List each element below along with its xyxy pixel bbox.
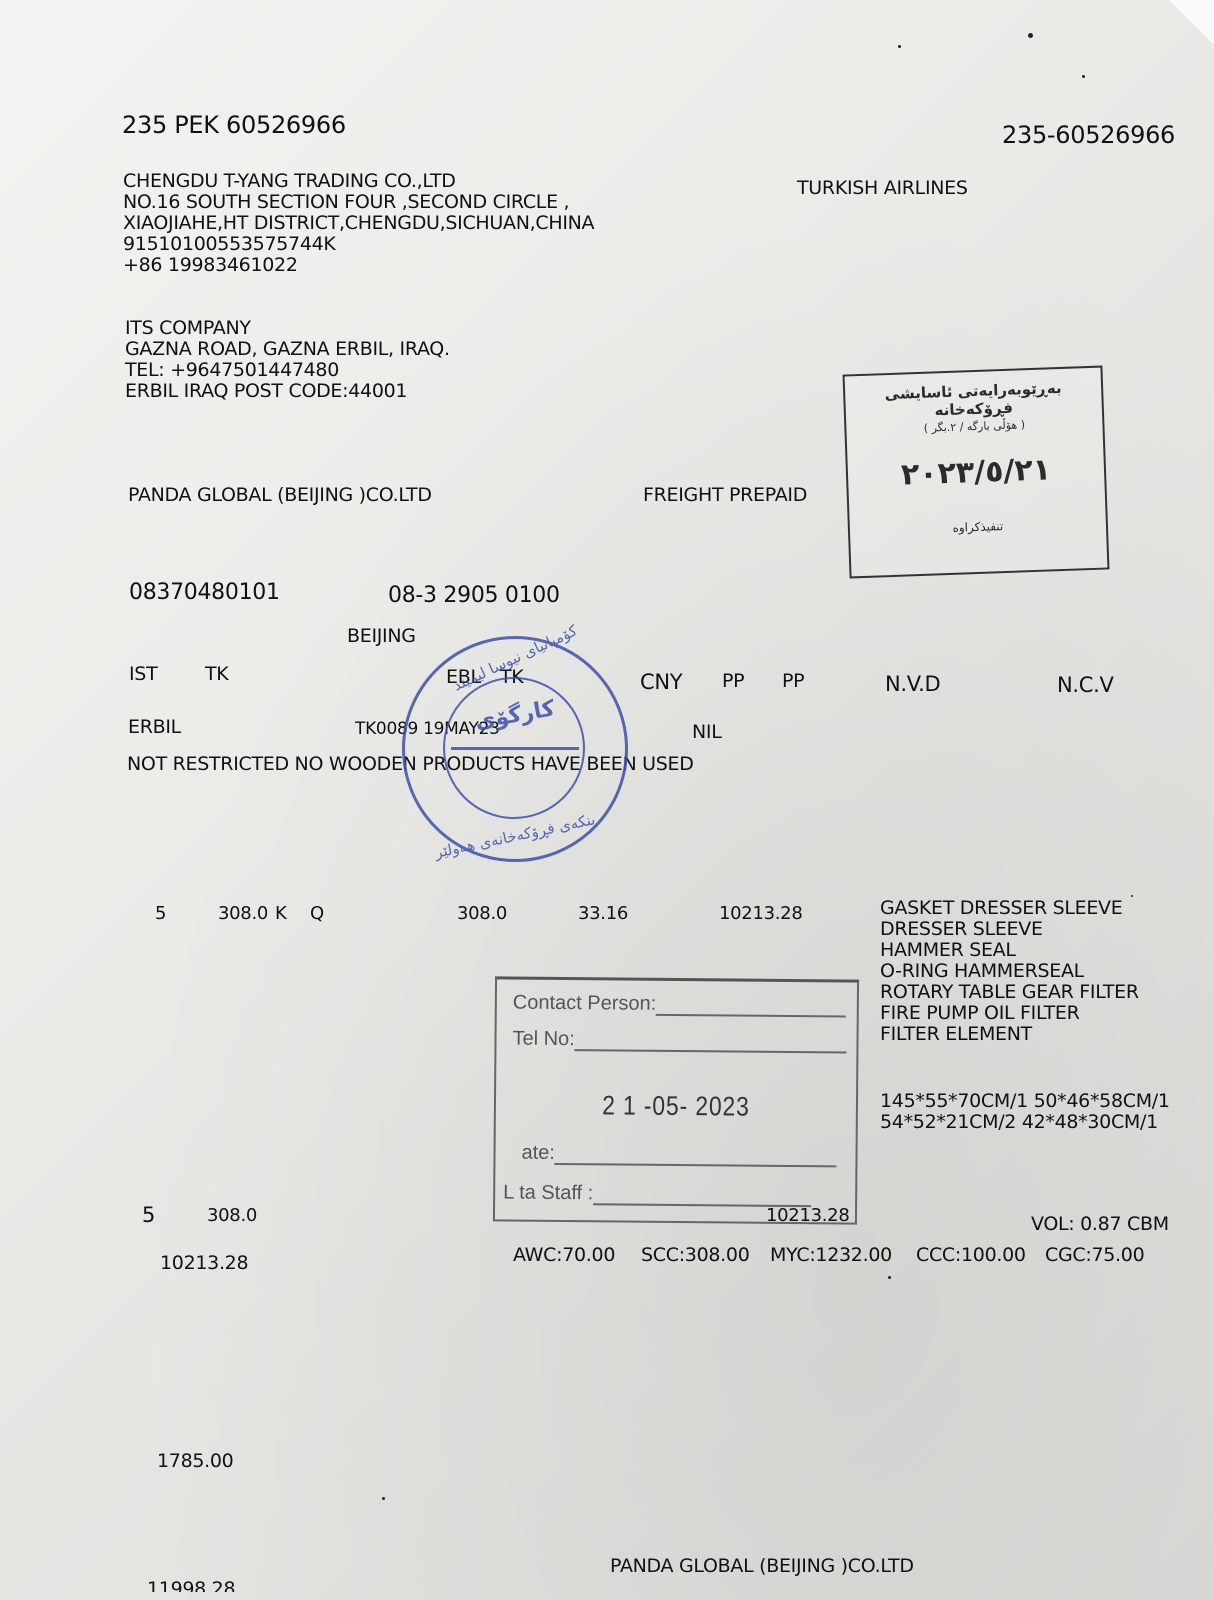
paper-speck: [1131, 895, 1133, 897]
customs-box-stamp: بەڕێوبەرایەتی ئاسایشی فڕۆکەخانە ( هۆڵی ب…: [843, 366, 1110, 579]
declared-value-carriage: N.V.D: [885, 672, 940, 696]
consignee-line: TEL: +9647501447480: [125, 360, 450, 381]
goods-item: HAMMER SEAL: [880, 940, 1139, 961]
shipper-line: +86 19983461022: [123, 255, 594, 276]
routing-by-1: TK: [205, 663, 228, 685]
contact-stamp-box: Contact Person: Tel No: 2 1 -05- 2023 at…: [493, 976, 859, 1224]
staff-row: L ta Staff :: [503, 1181, 847, 1207]
agent-iata-code: 08370480101: [129, 580, 280, 605]
prepaid-weight-charge: 10213.28: [160, 1252, 248, 1274]
shipper-block: CHENGDU T-YANG TRADING CO.,LTD NO.16 SOU…: [123, 171, 594, 276]
other-charge-ccc: CCC:100.00: [916, 1244, 1026, 1266]
cargo-rate-class: Q: [310, 903, 324, 924]
date-row: ate:: [521, 1142, 847, 1168]
consignee-line: GAZNA ROAD, GAZNA ERBIL, IRAQ.: [125, 339, 450, 360]
freight-terms: FREIGHT PREPAID: [643, 484, 807, 506]
staff-label: L ta Staff :: [503, 1181, 593, 1204]
paper-speck: [382, 1497, 385, 1500]
insurance-amount: NIL: [692, 721, 722, 743]
wt-val-code: PP: [722, 670, 744, 692]
other-charge-scc: SCC:308.00: [641, 1244, 749, 1266]
cargo-pieces: 5: [155, 903, 166, 924]
date-line: [555, 1163, 837, 1167]
cargo-weight-unit: K: [275, 903, 287, 924]
routing-to-1: IST: [129, 663, 157, 685]
airport-of-departure: BEIJING: [347, 625, 416, 647]
goods-item: DRESSER SLEEVE: [880, 919, 1139, 940]
contact-person-row: Contact Person:: [513, 992, 849, 1018]
company-round-stamp: کۆمپانیای نیوسا لیمیتد کارگۆی بنکەی فڕۆک…: [402, 636, 628, 862]
signature-agent: PANDA GLOBAL (BEIJING )CO.LTD: [610, 1540, 914, 1592]
paper-speck: [888, 1276, 891, 1279]
tel-label: Tel No:: [512, 1028, 574, 1051]
volume: VOL: 0.87 CBM: [1031, 1213, 1169, 1235]
other-charge-cgc: CGC:75.00: [1045, 1244, 1144, 1266]
shipper-line: CHENGDU T-YANG TRADING CO.,LTD: [123, 171, 594, 192]
carrier-name: TURKISH AIRLINES: [797, 177, 968, 199]
paper-speck: [1028, 33, 1033, 38]
tel-row: Tel No:: [512, 1028, 848, 1054]
package-dimensions: 145*55*70CM/1 50*46*58CM/1 54*52*21CM/2 …: [880, 1091, 1170, 1133]
issuing-agent: PANDA GLOBAL (BEIJING )CO.LTD: [128, 484, 432, 506]
customs-stamp-footer: تنفیذکراوە: [850, 516, 1106, 539]
awb-number-left: 235 PEK 60526966: [122, 111, 346, 139]
shipper-line: XIAOJIAHE,HT DISTRICT,CHENGDU,SICHUAN,CH…: [123, 213, 594, 234]
shipper-line: NO.16 SOUTH SECTION FOUR ,SECOND CIRCLE …: [123, 192, 594, 213]
consignee-line: ERBIL IRAQ POST CODE:44001: [125, 381, 450, 402]
goods-item: FILTER ELEMENT: [880, 1024, 1139, 1045]
shipper-line: 91510100553575744K: [123, 234, 594, 255]
cargo-chargeable-weight: 308.0: [457, 903, 507, 924]
dimension-line: 54*52*21CM/2 42*48*30CM/1: [880, 1112, 1170, 1133]
paper-speck: [1082, 75, 1085, 78]
total-pieces: 5: [142, 1203, 155, 1227]
contact-person-label: Contact Person:: [513, 992, 657, 1015]
account-number: 08-3 2905 0100: [388, 583, 560, 608]
consignee-line: ITS COMPANY: [125, 318, 450, 339]
dimension-line: 145*55*70CM/1 50*46*58CM/1: [880, 1091, 1170, 1112]
total-prepaid: 11998.28: [147, 1578, 235, 1592]
total-weight: 308.0: [207, 1205, 257, 1226]
consignee-block: ITS COMPANY GAZNA ROAD, GAZNA ERBIL, IRA…: [125, 318, 450, 402]
goods-item: ROTARY TABLE GEAR FILTER: [880, 982, 1139, 1003]
goods-item: GASKET DRESSER SLEEVE: [880, 898, 1139, 919]
stamp-bar: [451, 747, 579, 750]
declared-value-customs: N.C.V: [1057, 673, 1114, 697]
awb-number-right: 235-60526966: [1002, 121, 1175, 149]
cargo-total: 10213.28: [719, 903, 803, 924]
paper-speck: [898, 45, 901, 48]
date-label: ate:: [521, 1142, 555, 1164]
other-charge-awc: AWC:70.00: [513, 1244, 615, 1266]
other-charge-myc: MYC:1232.00: [770, 1244, 892, 1266]
total-charge: 10213.28: [766, 1205, 850, 1226]
destination: ERBIL: [128, 716, 181, 738]
currency: CNY: [640, 670, 682, 694]
contact-person-line: [656, 1014, 846, 1018]
goods-description: GASKET DRESSER SLEEVE DRESSER SLEEVE HAM…: [880, 898, 1139, 1045]
other-code: PP: [782, 670, 804, 692]
stamp-date: 2 1 -05- 2023: [523, 1090, 829, 1124]
goods-item: FIRE PUMP OIL FILTER: [880, 1003, 1139, 1024]
customs-stamp-title: بەڕێوبەرایەتی ئاسایشی فڕۆکەخانە: [845, 378, 1102, 423]
tel-line: [575, 1049, 847, 1053]
cargo-gross-weight: 308.0: [218, 903, 268, 924]
cargo-rate: 33.16: [578, 903, 628, 924]
goods-item: O-RING HAMMERSEAL: [880, 961, 1139, 982]
folded-corner: [1169, 0, 1214, 45]
customs-stamp-date: ٢٠٢٣/٥/٢١: [847, 451, 1104, 495]
total-other-charges-carrier: 1785.00: [157, 1450, 233, 1472]
